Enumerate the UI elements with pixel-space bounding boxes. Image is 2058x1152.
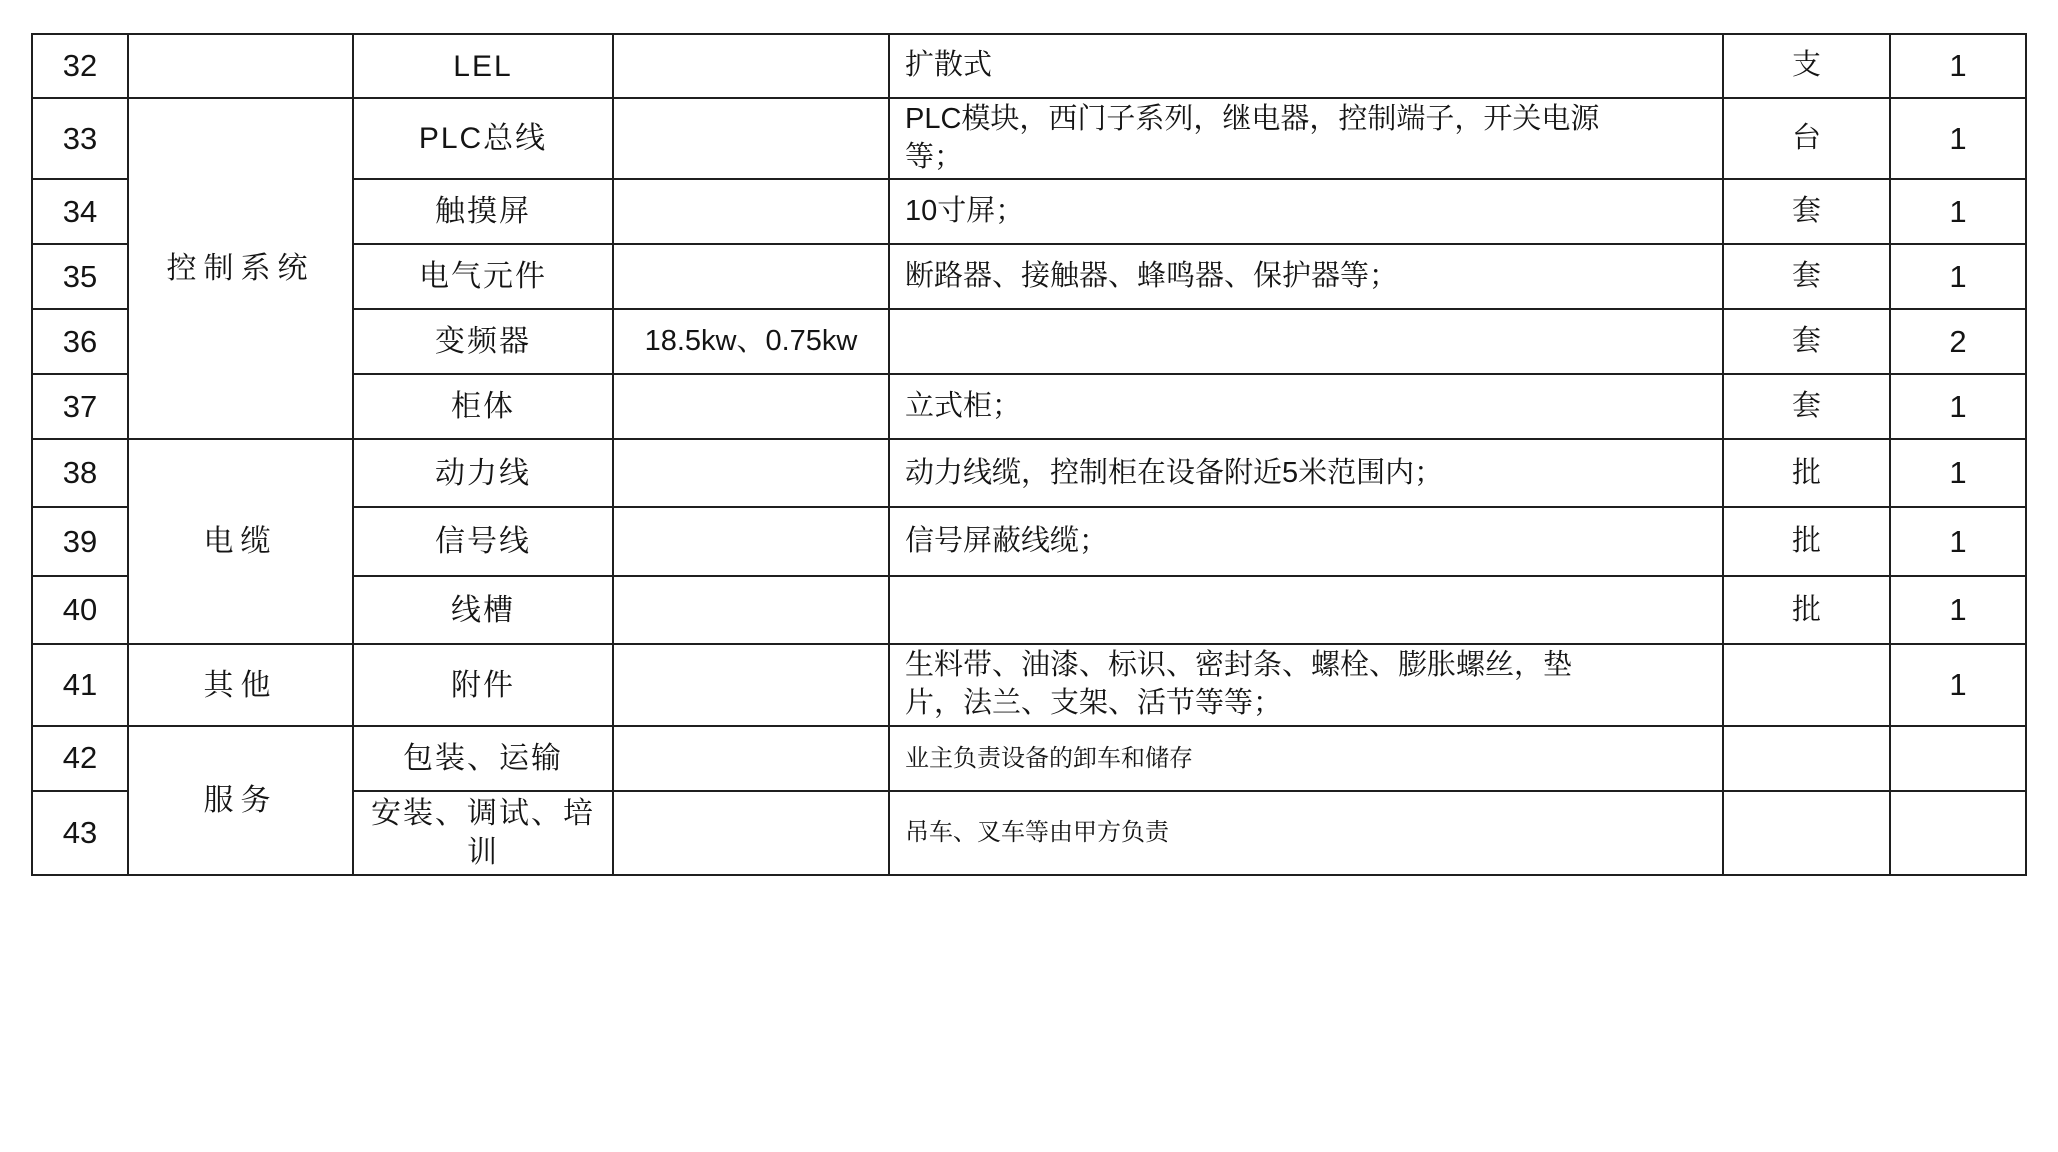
description-cell: 立式柜； — [889, 374, 1723, 439]
unit-cell: 支 — [1723, 34, 1890, 98]
spec-cell — [613, 244, 889, 309]
category-cell — [128, 34, 353, 98]
row-number-cell: 43 — [32, 791, 128, 875]
unit-cell: 套 — [1723, 374, 1890, 439]
unit-cell — [1723, 644, 1890, 725]
item-cell: 附件 — [353, 644, 613, 725]
spec-cell — [613, 644, 889, 725]
spec-cell — [613, 576, 889, 644]
spec-cell — [613, 439, 889, 507]
table-row: 42 服务 包装、运输 业主负责设备的卸车和储存 — [32, 726, 2026, 791]
description-cell — [889, 576, 1723, 644]
spec-cell — [613, 98, 889, 179]
row-number-cell: 41 — [32, 644, 128, 725]
spec-cell — [613, 726, 889, 791]
quantity-cell: 1 — [1890, 34, 2026, 98]
row-number-cell: 32 — [32, 34, 128, 98]
unit-cell: 批 — [1723, 439, 1890, 507]
row-number-cell: 38 — [32, 439, 128, 507]
description-cell: 10寸屏； — [889, 179, 1723, 244]
description-cell: 信号屏蔽线缆； — [889, 507, 1723, 576]
item-cell: LEL — [353, 34, 613, 98]
quantity-cell: 1 — [1890, 576, 2026, 644]
quantity-cell — [1890, 791, 2026, 875]
description-cell: 业主负责设备的卸车和储存 — [889, 726, 1723, 791]
item-cell: 动力线 — [353, 439, 613, 507]
spec-cell — [613, 179, 889, 244]
row-number-cell: 40 — [32, 576, 128, 644]
spec-cell — [613, 791, 889, 875]
table-row: 32 LEL 扩散式 支 1 — [32, 34, 2026, 98]
unit-cell: 套 — [1723, 309, 1890, 374]
row-number-cell: 35 — [32, 244, 128, 309]
description-cell: 生料带、油漆、标识、密封条、螺栓、膨胀螺丝，垫 片，法兰、支架、活节等等； — [889, 644, 1723, 725]
quantity-cell: 1 — [1890, 98, 2026, 179]
description-cell — [889, 309, 1723, 374]
unit-cell — [1723, 726, 1890, 791]
item-cell: 柜体 — [353, 374, 613, 439]
category-cell: 电缆 — [128, 439, 353, 644]
spec-cell — [613, 34, 889, 98]
unit-cell: 批 — [1723, 507, 1890, 576]
row-number-cell: 34 — [32, 179, 128, 244]
row-number-cell: 36 — [32, 309, 128, 374]
quantity-cell: 1 — [1890, 644, 2026, 725]
description-cell: 断路器、接触器、蜂鸣器、保护器等； — [889, 244, 1723, 309]
category-cell: 控制系统 — [128, 98, 353, 439]
quantity-cell: 1 — [1890, 507, 2026, 576]
description-cell: 动力线缆，控制柜在设备附近5米范围内； — [889, 439, 1723, 507]
item-cell: 信号线 — [353, 507, 613, 576]
unit-cell: 套 — [1723, 244, 1890, 309]
document-page: 32 LEL 扩散式 支 1 33 控制系统 PLC总线 PLC模块，西门子系列… — [0, 0, 2058, 876]
item-cell: PLC总线 — [353, 98, 613, 179]
category-cell: 服务 — [128, 726, 353, 875]
unit-cell: 台 — [1723, 98, 1890, 179]
description-cell: 吊车、叉车等由甲方负责 — [889, 791, 1723, 875]
unit-cell: 套 — [1723, 179, 1890, 244]
table-row: 38 电缆 动力线 动力线缆，控制柜在设备附近5米范围内； 批 1 — [32, 439, 2026, 507]
item-cell: 触摸屏 — [353, 179, 613, 244]
description-cell: PLC模块，西门子系列，继电器，控制端子，开关电源 等； — [889, 98, 1723, 179]
row-number-cell: 42 — [32, 726, 128, 791]
table-row: 41 其他 附件 生料带、油漆、标识、密封条、螺栓、膨胀螺丝，垫 片，法兰、支架… — [32, 644, 2026, 725]
unit-cell: 批 — [1723, 576, 1890, 644]
spec-cell — [613, 374, 889, 439]
quantity-cell: 1 — [1890, 374, 2026, 439]
quantity-cell: 2 — [1890, 309, 2026, 374]
row-number-cell: 37 — [32, 374, 128, 439]
item-cell: 电气元件 — [353, 244, 613, 309]
table-row: 33 控制系统 PLC总线 PLC模块，西门子系列，继电器，控制端子，开关电源 … — [32, 98, 2026, 179]
category-cell: 其他 — [128, 644, 353, 725]
row-number-cell: 39 — [32, 507, 128, 576]
quantity-cell: 1 — [1890, 179, 2026, 244]
description-cell: 扩散式 — [889, 34, 1723, 98]
item-cell: 安装、调试、培 训 — [353, 791, 613, 875]
item-cell: 线槽 — [353, 576, 613, 644]
quantity-cell: 1 — [1890, 439, 2026, 507]
unit-cell — [1723, 791, 1890, 875]
spec-cell: 18.5kw、0.75kw — [613, 309, 889, 374]
quantity-cell — [1890, 726, 2026, 791]
spec-cell — [613, 507, 889, 576]
row-number-cell: 33 — [32, 98, 128, 179]
quantity-cell: 1 — [1890, 244, 2026, 309]
item-cell: 包装、运输 — [353, 726, 613, 791]
item-cell: 变频器 — [353, 309, 613, 374]
equipment-spec-table: 32 LEL 扩散式 支 1 33 控制系统 PLC总线 PLC模块，西门子系列… — [31, 33, 2027, 876]
